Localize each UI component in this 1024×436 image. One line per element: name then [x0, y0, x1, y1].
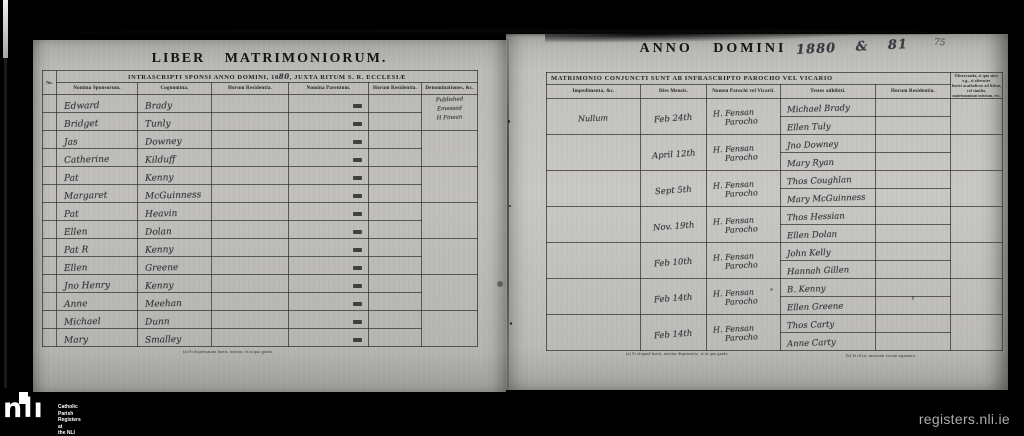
bride-name: Ellen: [57, 221, 137, 237]
caption-line: Catholic Parish: [58, 404, 81, 417]
table-row: Anne Meehan: [43, 293, 478, 311]
witness-name: B. Kenny: [781, 280, 875, 295]
priest-name: H. Fensan: [707, 142, 780, 155]
cell-observanda: [951, 99, 1003, 135]
priest-name: H. Fensan: [707, 286, 780, 299]
right-register-table: MATRIMONIO CONJUNCTI SUNT AB INFRASCRIPT…: [546, 72, 1003, 351]
cell-witness-residentia: [876, 261, 951, 279]
cell-priest: H. Fensan Parocho: [707, 171, 781, 207]
cell-parentum: [289, 293, 369, 311]
priest-title: Parocho: [707, 295, 780, 308]
groom-surname: Downey: [138, 132, 211, 148]
banner-year-handwritten: 80: [279, 72, 290, 81]
cell-no: [43, 239, 57, 257]
bride-surname: Tunly: [138, 114, 211, 130]
cell-witness-residentia: [876, 117, 951, 135]
cell-no: [43, 185, 57, 203]
cell-residentia: [212, 239, 289, 257]
site-url-watermark: registers.nli.ie: [919, 411, 1010, 427]
table-row: Ellen Tuly: [547, 117, 1003, 135]
filius-print-mark: [353, 284, 362, 288]
bride-name: Bridget: [57, 113, 137, 129]
groom-name: Edward: [57, 95, 137, 111]
table-row: Feb 14th H. Fensan Parocho B. Kenny: [547, 279, 1003, 297]
cell-observanda: [951, 243, 1003, 279]
right-footnote-a: (a) Si aliquod fuerit, notetur dispensat…: [626, 351, 729, 356]
witness-name: Michael Brady: [781, 100, 875, 115]
cell-witness-residentia: [876, 315, 951, 333]
register-right-page: ANNO DOMINI1880 & 81 MATRIMONIO CONJUNCT…: [506, 34, 1008, 390]
priest-title: Parocho: [707, 223, 780, 236]
priest-title: Parocho: [707, 187, 780, 200]
right-banner: MATRIMONIO CONJUNCTI SUNT AB INFRASCRIPT…: [547, 73, 951, 85]
cell-residentia: [212, 167, 289, 185]
cell-priest: H. Fensan Parocho: [707, 135, 781, 171]
cell-date: Feb 14th: [641, 315, 707, 351]
cell-residentia2: [369, 95, 422, 113]
filius-print-mark: [353, 320, 362, 324]
bride-surname: McGuinness: [138, 186, 211, 202]
bride-name: Catherine: [57, 149, 137, 165]
table-row: Pat R Kenny: [43, 239, 478, 257]
cell-no: [43, 167, 57, 185]
witness-name: Thos Carty: [781, 316, 875, 331]
cell-impedimenta: [547, 279, 641, 315]
cell-residentia: [212, 257, 289, 275]
col-horum-residentia-2: Horum Residentia.: [369, 83, 422, 95]
cell-parentum: [289, 275, 369, 293]
cell-date: Nov. 19th: [641, 207, 707, 243]
cell-parentum: [289, 257, 369, 275]
cell-impedimenta: [547, 135, 641, 171]
cell-witness-residentia: [876, 333, 951, 351]
cell-date: Feb 14th: [641, 279, 707, 315]
cell-residentia2: [369, 131, 422, 149]
cell-residentia: [212, 275, 289, 293]
cell-residentia2: [369, 113, 422, 131]
col-horum-residentia: Horum Residentia.: [876, 84, 951, 98]
cell-no: [43, 203, 57, 221]
witness-name: Jno Downey: [781, 136, 875, 151]
filius-print-mark: [353, 302, 362, 306]
right-footnote-b: (b) Si id sit, inseratur eorum signatura…: [846, 353, 916, 358]
cell-priest: H. Fensan Parocho: [707, 99, 781, 135]
priest-title: Parocho: [707, 259, 780, 272]
banner-prefix: INTRASCRIPTI SPONSI ANNO DOMINI, 18: [128, 74, 279, 81]
table-row: Hannah Gillen: [547, 261, 1003, 279]
cell-observanda: [951, 171, 1003, 207]
cell-impedimenta: [547, 315, 641, 351]
priest-name: H. Fensan: [707, 322, 780, 335]
bride-surname: Meehan: [138, 294, 211, 310]
cell-no: [43, 257, 57, 275]
filius-print-mark: [353, 248, 362, 252]
cell-no: [43, 113, 57, 131]
cell-no: [43, 131, 57, 149]
cell-denominationes: [422, 167, 478, 203]
priest-name: H. Fensan: [707, 214, 780, 227]
witness-name: John Kelly: [781, 244, 875, 259]
nli-logo-block: [19, 392, 28, 404]
marriage-date: Feb 10th: [654, 256, 693, 269]
bride-name: Ellen: [57, 257, 137, 273]
bride-surname: Dolan: [138, 222, 211, 238]
cell-observanda: [951, 207, 1003, 243]
cell-observanda: [951, 315, 1003, 351]
table-row: Mary McGuinness: [547, 189, 1003, 207]
filius-print-mark: [353, 176, 362, 180]
cell-date: Feb 10th: [641, 243, 707, 279]
col-observanda: Observanda, si qua sint; e.g., si alteru…: [951, 73, 1003, 99]
bride-name: Margaret: [57, 185, 137, 201]
bride-name: Anne: [57, 293, 137, 309]
cell-priest: H. Fensan Parocho: [707, 279, 781, 315]
marriage-date: Nov. 19th: [652, 220, 694, 233]
table-row: Nov. 19th H. Fensan Parocho Thos Hessian: [547, 207, 1003, 225]
right-banner-row: MATRIMONIO CONJUNCTI SUNT AB INFRASCRIPT…: [547, 73, 1003, 85]
ink-speck: [510, 322, 512, 325]
witness-name: Ellen Greene: [781, 298, 875, 313]
right-header-row: Impedimenta, &c. Dies Mensis. Nomen Paro…: [547, 84, 1003, 98]
cell-residentia: [212, 95, 289, 113]
groom-surname: Kenny: [138, 276, 211, 292]
cell-date: April 12th: [641, 135, 707, 171]
observanda-line: matrimonium mixtum, etc.: [951, 93, 1002, 98]
table-row: Feb 14th H. Fensan Parocho Thos Carty: [547, 315, 1003, 333]
cell-witness-residentia: [876, 243, 951, 261]
table-row: Pat Heavin: [43, 203, 478, 221]
table-row: Jas Downey: [43, 131, 478, 149]
priest-name: H. Fensan: [707, 106, 780, 119]
filius-print-mark: [353, 212, 362, 216]
priest-title: Parocho: [707, 115, 780, 128]
cell-no: [43, 293, 57, 311]
groom-surname: Dunn: [138, 312, 211, 328]
cell-residentia2: [369, 203, 422, 221]
cell-parentum: [289, 131, 369, 149]
cell-residentia: [212, 185, 289, 203]
cell-witness-residentia: [876, 189, 951, 207]
cell-residentia: [212, 293, 289, 311]
filius-print-mark: [353, 140, 362, 144]
table-row: Catherine Kilduff: [43, 149, 478, 167]
priest-name: H. Fensan: [707, 250, 780, 263]
table-row: Ellen Greene: [547, 297, 1003, 315]
cell-witness-residentia: [876, 225, 951, 243]
observanda-line: Observanda, si qua sint; e.g., si alteru…: [951, 73, 1002, 83]
cell-witness-residentia: [876, 279, 951, 297]
filius-print-mark: [353, 194, 362, 198]
register-left-page: LIBER MATRIMONIORUM. No. INTRASCRIPTI SP…: [33, 40, 506, 392]
priest-title: Parocho: [707, 331, 780, 344]
table-row: Mary Ryan: [547, 153, 1003, 171]
table-row: Ellen Dolan: [43, 221, 478, 239]
col-horum-residentia: Horum Residentia.: [212, 83, 289, 95]
table-row: Sept 5th H. Fensan Parocho Thos Coughlan: [547, 171, 1003, 189]
witness-name: Hannah Gillen: [781, 262, 875, 277]
cell-residentia2: [369, 149, 422, 167]
col-testes: Testes adhibiti.: [781, 84, 876, 98]
cell-residentia2: [369, 239, 422, 257]
groom-name: Pat: [57, 203, 137, 219]
cell-residentia2: [369, 311, 422, 329]
cell-no: [43, 275, 57, 293]
col-nomen-parochi: Nomen Parochi vel Vicarii.: [707, 84, 781, 98]
nli-caption: Catholic Parish Registers at the NLI: [58, 404, 81, 436]
witness-name: Ellen Tuly: [781, 118, 875, 133]
table-row: Jno Henry Kenny: [43, 275, 478, 293]
ink-speck: [508, 120, 510, 123]
cell-denominationes: [422, 131, 478, 167]
cell-priest: H. Fensan Parocho: [707, 315, 781, 351]
groom-name: Jno Henry: [57, 275, 137, 291]
caption-line: Registers at: [58, 417, 81, 430]
filius-print-mark: [353, 266, 362, 270]
denomination-note: Emessed: [422, 103, 477, 114]
left-banner-row: No. INTRASCRIPTI SPONSI ANNO DOMINI, 188…: [43, 71, 478, 83]
cell-no: [43, 221, 57, 239]
cell-residentia2: [369, 167, 422, 185]
cell-residentia: [212, 311, 289, 329]
denomination-note: Published: [422, 95, 477, 105]
filius-print-mark: [353, 230, 362, 234]
col-impedimenta: Impedimenta, &c.: [547, 84, 641, 98]
no-column-header: No.: [43, 71, 57, 95]
cell-witness-residentia: [876, 99, 951, 117]
left-footnote: (a) Si dispensatum fuerit, notetur, et i…: [183, 349, 273, 354]
cell-residentia2: [369, 221, 422, 239]
cell-witness-residentia: [876, 135, 951, 153]
cell-residentia2: [369, 185, 422, 203]
cell-residentia: [212, 113, 289, 131]
cell-parentum: [289, 95, 369, 113]
bride-name: Mary: [57, 329, 137, 345]
witness-name: Mary McGuinness: [781, 190, 875, 205]
banner-suffix: , JUXTA RITUM S. R. ECCLESIÆ: [290, 74, 406, 81]
marriage-date: Feb 14th: [654, 292, 693, 305]
ink-speck: [509, 205, 511, 207]
cell-no: [43, 329, 57, 347]
cell-denominationes: [422, 239, 478, 275]
col-dies-mensis: Dies Mensis.: [641, 84, 707, 98]
cell-priest: H. Fensan Parocho: [707, 243, 781, 279]
witness-name: Thos Coughlan: [781, 172, 875, 187]
cell-witness-residentia: [876, 207, 951, 225]
groom-surname: Kenny: [138, 168, 211, 184]
table-row: Ellen Greene: [43, 257, 478, 275]
cell-date: Sept 5th: [641, 171, 707, 207]
left-register-table: No. INTRASCRIPTI SPONSI ANNO DOMINI, 188…: [42, 70, 478, 347]
cell-residentia: [212, 329, 289, 347]
cell-priest: H. Fensan Parocho: [707, 207, 781, 243]
impediment-note: Nullum: [578, 113, 608, 123]
denomination-note: H Finean: [422, 112, 477, 123]
observanda-line: fuerit acatholicus ad fidem, vel similia…: [951, 83, 1002, 93]
table-row: Bridget Tunly: [43, 113, 478, 131]
marriage-date: Feb 14th: [654, 328, 693, 341]
cell-residentia: [212, 149, 289, 167]
groom-surname: Brady: [138, 96, 211, 112]
caption-line: the NLI: [58, 430, 81, 436]
filius-print-mark: [353, 338, 362, 342]
marriage-date: April 12th: [651, 148, 695, 161]
groom-name: Michael: [57, 311, 137, 327]
cell-denominationes: [422, 203, 478, 239]
ink-speck: [770, 288, 773, 291]
cell-parentum: [289, 311, 369, 329]
cell-impedimenta: [547, 171, 641, 207]
table-row: Michael Dunn: [43, 311, 478, 329]
groom-surname: Kenny: [138, 240, 211, 256]
cell-witness-residentia: [876, 171, 951, 189]
table-row: Pat Kenny: [43, 167, 478, 185]
marriage-date: Feb 24th: [654, 112, 693, 125]
bride-surname: Kilduff: [138, 150, 211, 166]
cell-parentum: [289, 113, 369, 131]
witness-name: Thos Hessian: [781, 208, 875, 223]
cell-denominationes: [422, 311, 478, 347]
marriage-date: Sept 5th: [655, 184, 692, 197]
priest-name: H. Fensan: [707, 178, 780, 191]
cell-no: [43, 149, 57, 167]
col-nomina-parentum: Nomina Parentum.: [289, 83, 369, 95]
cell-parentum: [289, 167, 369, 185]
bride-surname: Smalley: [138, 330, 211, 346]
table-row: Mary Smalley: [43, 329, 478, 347]
table-row: Margaret McGuinness: [43, 185, 478, 203]
left-header-row: Nomina Sponsorum. Cognomina. Horum Resid…: [43, 83, 478, 95]
col-denominationes: Denominationes, &c.: [422, 83, 478, 95]
book-top-edge-shadow: [70, 29, 970, 37]
cell-parentum: [289, 149, 369, 167]
col-cognomina: Cognomina.: [138, 83, 212, 95]
page-number-handwritten: 75: [934, 38, 946, 49]
cell-residentia2: [369, 257, 422, 275]
cell-parentum: [289, 239, 369, 257]
cell-impedimenta: [547, 243, 641, 279]
cell-no: [43, 311, 57, 329]
witness-name: Ellen Dolan: [781, 226, 875, 241]
anno-domini-label: ANNO DOMINI: [639, 41, 786, 56]
cell-witness-residentia: [876, 153, 951, 171]
cell-no: [43, 95, 57, 113]
cell-impedimenta: [547, 207, 641, 243]
cell-denominationes: Published Emessed H Finean: [422, 95, 478, 131]
ink-speck: [497, 281, 503, 287]
film-edge-artifact: [3, 0, 8, 58]
left-banner: INTRASCRIPTI SPONSI ANNO DOMINI, 1880, J…: [57, 71, 478, 83]
scanned-register-viewer: LIBER MATRIMONIORUM. No. INTRASCRIPTI SP…: [0, 0, 1024, 436]
groom-name: Pat: [57, 167, 137, 183]
witness-name: Anne Carty: [781, 334, 875, 349]
cell-residentia: [212, 221, 289, 239]
table-row: Edward Brady Published Emessed H Finean: [43, 95, 478, 113]
cell-parentum: [289, 329, 369, 347]
cell-residentia: [212, 131, 289, 149]
cell-residentia2: [369, 293, 422, 311]
film-edge-artifact-faint: [4, 58, 7, 388]
cell-observanda: [951, 135, 1003, 171]
cell-denominationes: [422, 275, 478, 311]
groom-name: Jas: [57, 131, 137, 147]
cell-residentia2: [369, 329, 422, 347]
cell-observanda: [951, 279, 1003, 315]
groom-surname: Heavin: [138, 204, 211, 220]
cell-date: Feb 24th: [641, 99, 707, 135]
left-page-title: LIBER MATRIMONIORUM.: [33, 51, 506, 67]
bride-surname: Greene: [138, 258, 211, 274]
cell-residentia2: [369, 275, 422, 293]
col-nomina-sponsorum: Nomina Sponsorum.: [57, 83, 138, 95]
table-row: April 12th H. Fensan Parocho Jno Downey: [547, 135, 1003, 153]
ink-speck: [912, 296, 914, 300]
book-fold-line: [507, 38, 509, 388]
filius-print-mark: [353, 158, 362, 162]
filius-print-mark: [353, 104, 362, 108]
witness-name: Mary Ryan: [781, 154, 875, 169]
table-row: Feb 10th H. Fensan Parocho John Kelly: [547, 243, 1003, 261]
cell-residentia: [212, 203, 289, 221]
filius-print-mark: [353, 122, 362, 126]
table-row: Ellen Dolan: [547, 225, 1003, 243]
priest-title: Parocho: [707, 151, 780, 164]
cell-parentum: [289, 185, 369, 203]
groom-name: Pat R: [57, 239, 137, 255]
table-row: Nullum Feb 24th H. Fensan Parocho Michae…: [547, 99, 1003, 117]
table-row: Anne Carty: [547, 333, 1003, 351]
cell-parentum: [289, 221, 369, 239]
cell-impedimenta: Nullum: [547, 99, 641, 135]
cell-parentum: [289, 203, 369, 221]
